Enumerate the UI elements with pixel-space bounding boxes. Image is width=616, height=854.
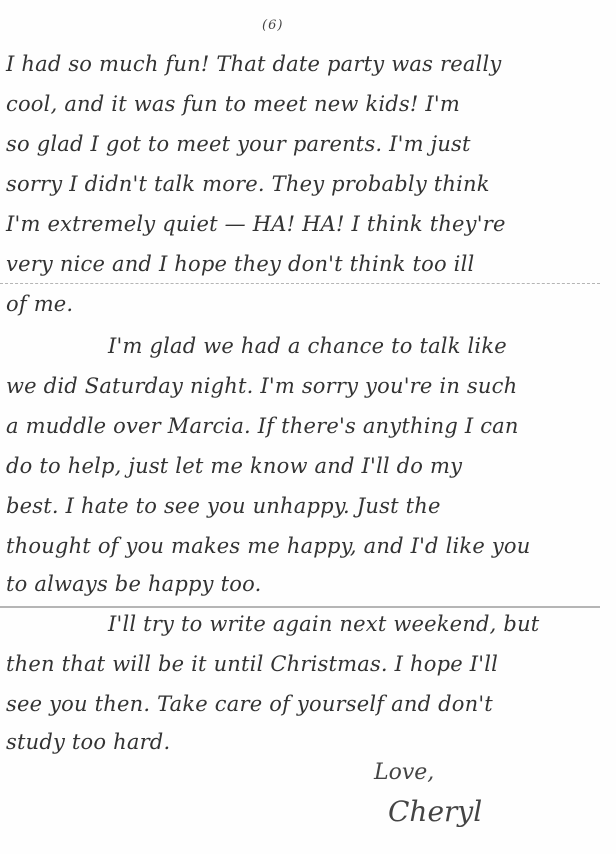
letter-page: (6) I had so much fun! That date party w… [0,0,616,854]
page-number: (6) [262,18,283,33]
letter-line: do to help, just let me know and I'll do… [6,454,462,478]
letter-line: best. I hate to see you unhappy. Just th… [6,494,441,518]
letter-line: we did Saturday night. I'm sorry you're … [6,374,517,398]
closing: Love, [374,760,434,785]
letter-line: I'm extremely quiet — HA! HA! I think th… [6,212,506,236]
paper-fold-line [0,283,600,284]
letter-line: sorry I didn't talk more. They probably … [6,172,490,196]
letter-line: to always be happy too. [6,572,261,596]
letter-line: so glad I got to meet your parents. I'm … [6,132,471,156]
letter-line: then that will be it until Christmas. I … [6,652,498,676]
letter-line: I'll try to write again next weekend, bu… [108,612,539,636]
letter-line: of me. [6,292,73,316]
letter-line: very nice and I hope they don't think to… [6,252,474,276]
letter-line: study too hard. [6,730,170,754]
letter-line: I had so much fun! That date party was r… [6,52,501,76]
letter-line: see you then. Take care of yourself and … [6,692,493,716]
letter-line: I'm glad we had a chance to talk like [108,334,507,358]
letter-line: thought of you makes me happy, and I'd l… [6,534,530,558]
paper-fold-line [0,606,600,608]
signature: Cheryl [388,795,482,828]
letter-line: cool, and it was fun to meet new kids! I… [6,92,460,116]
letter-line: a muddle over Marcia. If there's anythin… [6,414,519,438]
